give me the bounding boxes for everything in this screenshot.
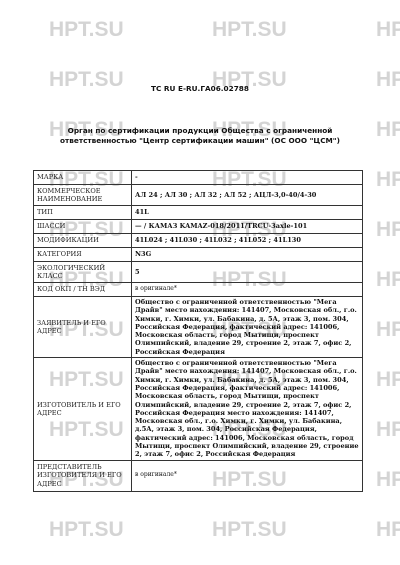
certificate-document: TC RU E-RU.ГА06.02788 Орган по сертифика…	[0, 0, 400, 565]
row-value: N3G	[132, 248, 363, 262]
row-label: ИЗГОТОВИТЕЛЬ И ЕГО АДРЕС	[34, 358, 132, 461]
row-label: КОД ОКП / ТН ВЭД	[34, 283, 132, 297]
table-row-modifications: МОДИФИКАЦИИ 41L024 ; 41L030 ; 41L032 ; 4…	[34, 234, 363, 248]
row-label: ШАССИ	[34, 220, 132, 234]
row-value: -	[132, 171, 363, 185]
row-label: МАРКА	[34, 171, 132, 185]
row-label: ЗАЯВИТЕЛЬ И ЕГО АДРЕС	[34, 297, 132, 358]
certificate-table: МАРКА - КОММЕРЧЕСКОЕ НАИМЕНОВАНИЕ АЛ 24 …	[33, 170, 363, 492]
table-row-type: ТИП 41L	[34, 206, 363, 220]
row-label: КОММЕРЧЕСКОЕ НАИМЕНОВАНИЕ	[34, 185, 132, 206]
row-value: в оригинале*	[132, 283, 363, 297]
table-row-category: КАТЕГОРИЯ N3G	[34, 248, 363, 262]
row-value: в оригинале*	[132, 460, 363, 491]
row-label: ПРЕДСТАВИТЕЛЬ ИЗГОТОВИТЕЛЯ И ЕГО АДРЕС	[34, 460, 132, 491]
row-label: МОДИФИКАЦИИ	[34, 234, 132, 248]
certification-authority: Орган по сертификации продукции Общества…	[30, 126, 370, 146]
row-label: ТИП	[34, 206, 132, 220]
table-row-commercial-name: КОММЕРЧЕСКОЕ НАИМЕНОВАНИЕ АЛ 24 ; АЛ 30 …	[34, 185, 363, 206]
table-row-eco-class: ЭКОЛОГИЧЕСКИЙ КЛАСС 5	[34, 262, 363, 283]
row-value: 41L024 ; 41L030 ; 41L032 ; 41L052 ; 41L1…	[132, 234, 363, 248]
row-value: Общество с ограниченной ответственностью…	[132, 297, 363, 358]
row-value: АЛ 24 ; АЛ 30 ; АЛ 32 ; АЛ 52 ; АЦЛ-3,0-…	[132, 185, 363, 206]
table-row-manufacturer: ИЗГОТОВИТЕЛЬ И ЕГО АДРЕС Общество с огра…	[34, 358, 363, 461]
table-row-representative: ПРЕДСТАВИТЕЛЬ ИЗГОТОВИТЕЛЯ И ЕГО АДРЕС в…	[34, 460, 363, 491]
table-row-brand: МАРКА -	[34, 171, 363, 185]
row-value: 5	[132, 262, 363, 283]
row-value: 41L	[132, 206, 363, 220]
table-row-applicant: ЗАЯВИТЕЛЬ И ЕГО АДРЕС Общество с огранич…	[34, 297, 363, 358]
row-label: ЭКОЛОГИЧЕСКИЙ КЛАСС	[34, 262, 132, 283]
row-value: Общество с ограниченной ответственностью…	[132, 358, 363, 461]
certificate-number: TC RU E-RU.ГА06.02788	[0, 84, 400, 93]
table-row-chassis: ШАССИ — / КАМАЗ KAMAZ-018/2011/TRCU-3axl…	[34, 220, 363, 234]
row-label: КАТЕГОРИЯ	[34, 248, 132, 262]
row-value: — / КАМАЗ KAMAZ-018/2011/TRCU-3axle-101	[132, 220, 363, 234]
table-row-okp-code: КОД ОКП / ТН ВЭД в оригинале*	[34, 283, 363, 297]
